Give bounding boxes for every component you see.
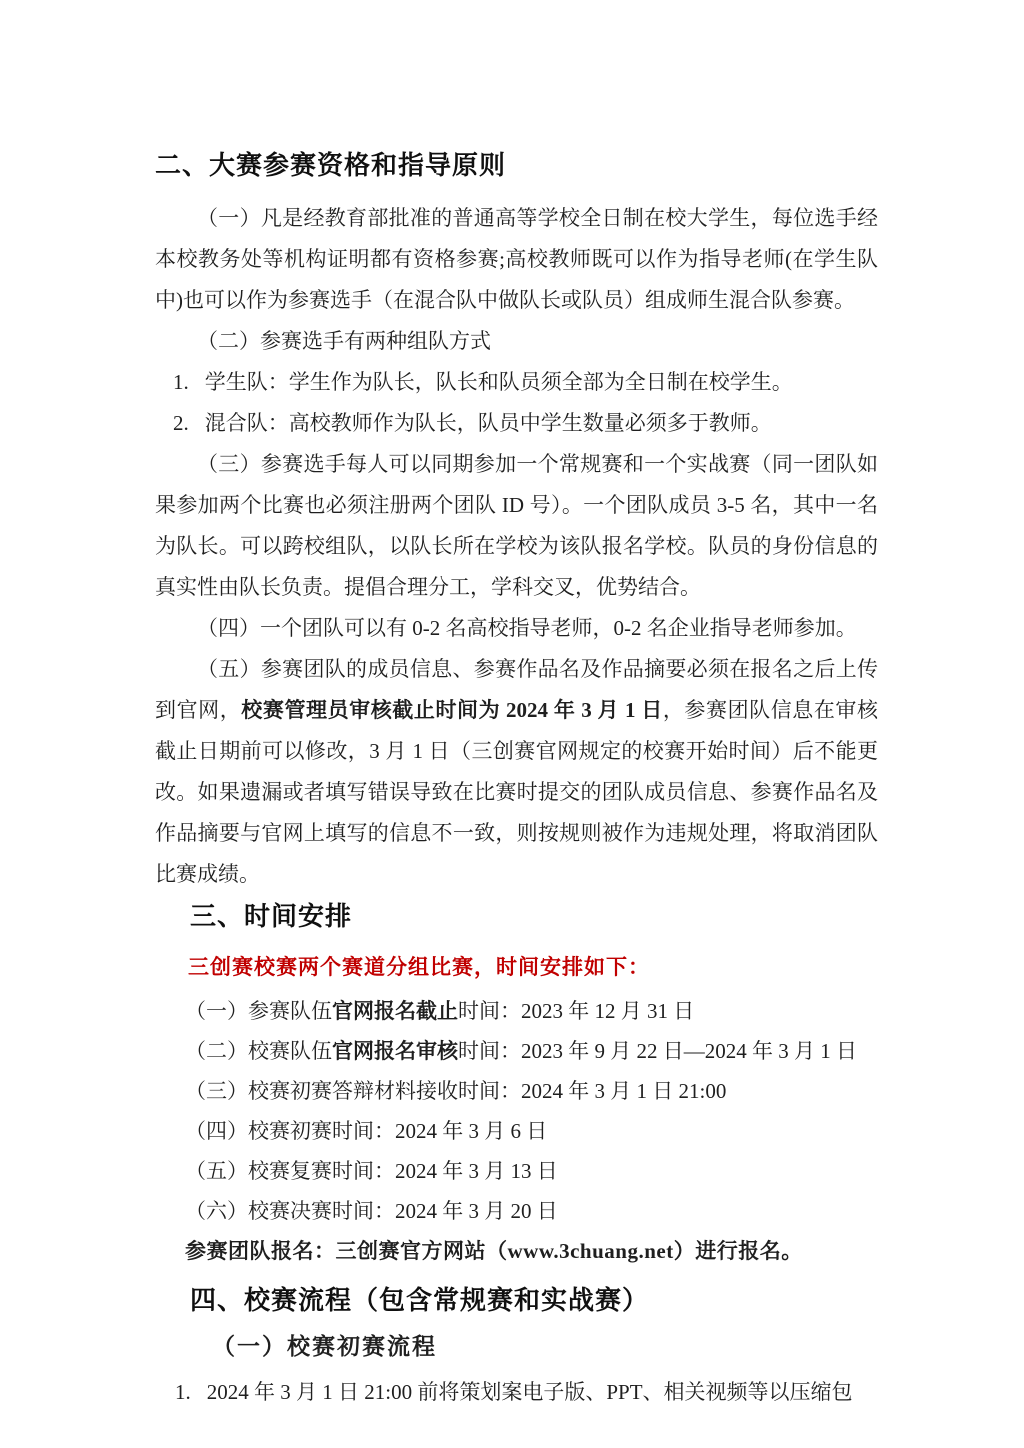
section3-heading: 三、时间安排 [190, 899, 878, 933]
schedule-item-preliminary: （四）校赛初赛时间：2024 年 3 月 6 日 [185, 1111, 878, 1151]
schedule-item-semifinal: （五）校赛复赛时间：2024 年 3 月 13 日 [185, 1151, 878, 1191]
schedule-bold-text: 官网报名审核 [332, 1039, 458, 1063]
section4-sub-heading-preliminary-process: （一）校赛初赛流程 [212, 1331, 878, 1363]
list-number: 2. [173, 403, 189, 444]
para5-deadline-bold: 校赛管理员审核截止时间为 2024 年 3 月 1 日 [241, 698, 663, 722]
document-content: 二、大赛参赛资格和指导原则 （一）凡是经教育部批准的普通高等学校全日制在校大学生… [155, 148, 878, 1413]
schedule-item-final: （六）校赛决赛时间：2024 年 3 月 20 日 [185, 1191, 878, 1231]
list-text: 学生队：学生作为队长，队长和队员须全部为全日制在校学生。 [205, 370, 793, 394]
schedule-bold-text: 官网报名截止 [332, 999, 458, 1023]
schedule-text: （六）校赛决赛时间：2024 年 3 月 20 日 [185, 1199, 558, 1223]
registration-website-note: 参赛团队报名：三创赛官方网站（www.3chuang.net）进行报名。 [185, 1231, 878, 1271]
section4-heading: 四、校赛流程（包含常规赛和实战赛） [190, 1283, 878, 1317]
schedule-text: 时间：2023 年 12 月 31 日 [458, 999, 694, 1023]
schedule-item-material-deadline: （三）校赛初赛答辩材料接收时间：2024 年 3 月 1 日 21:00 [185, 1071, 878, 1111]
para5-text-post: ，参赛团队信息在审核截止日期前可以修改，3 月 1 日（三创赛官网规定的校赛开始… [155, 698, 878, 886]
document-page: 二、大赛参赛资格和指导原则 （一）凡是经教育部批准的普通高等学校全日制在校大学生… [0, 0, 1024, 1448]
list-number: 1. [173, 362, 189, 403]
team-type-list-item-mixed: 2.混合队：高校教师作为队长，队员中学生数量必须多于教师。 [173, 403, 878, 444]
list-text: 混合队：高校教师作为队长，队员中学生数量必须多于教师。 [205, 411, 772, 435]
schedule-text: （五）校赛复赛时间：2024 年 3 月 13 日 [185, 1159, 558, 1183]
section2-para-eligibility: （一）凡是经教育部批准的普通高等学校全日制在校大学生，每位选手经本校教务处等机构… [155, 198, 878, 321]
section2-heading: 二、大赛参赛资格和指导原则 [155, 148, 878, 182]
schedule-text: （一）参赛队伍 [185, 999, 332, 1023]
schedule-text: 时间：2023 年 9 月 22 日—2024 年 3 月 1 日 [458, 1039, 857, 1063]
preliminary-process-step-1: 1.2024 年 3 月 1 日 21:00 前将策划案电子版、PPT、相关视频… [175, 1372, 878, 1413]
section3-intro-red-note: 三创赛校赛两个赛道分组比赛，时间安排如下： [188, 947, 878, 987]
list-number: 1. [175, 1372, 191, 1413]
schedule-item-signup-deadline: （一）参赛队伍官网报名截止时间：2023 年 12 月 31 日 [185, 991, 878, 1031]
section2-para-upload-deadline: （五）参赛团队的成员信息、参赛作品名及作品摘要必须在报名之后上传到官网，校赛管理… [155, 649, 878, 895]
team-type-list-item-student: 1.学生队：学生作为队长，队长和队员须全部为全日制在校学生。 [173, 362, 878, 403]
list-text: 2024 年 3 月 1 日 21:00 前将策划案电子版、PPT、相关视频等以… [207, 1380, 853, 1404]
section2-para-team-types: （二）参赛选手有两种组队方式 [155, 321, 878, 362]
section2-para-team-rules: （三）参赛选手每人可以同期参加一个常规赛和一个实战赛（同一团队如果参加两个比赛也… [155, 444, 878, 608]
schedule-text: （三）校赛初赛答辩材料接收时间：2024 年 3 月 1 日 21:00 [185, 1079, 726, 1103]
section2-para-advisors: （四）一个团队可以有 0-2 名高校指导老师，0-2 名企业指导老师参加。 [155, 608, 878, 649]
schedule-item-review-period: （二）校赛队伍官网报名审核时间：2023 年 9 月 22 日—2024 年 3… [185, 1031, 878, 1071]
schedule-text: （四）校赛初赛时间：2024 年 3 月 6 日 [185, 1119, 547, 1143]
schedule-text: （二）校赛队伍 [185, 1039, 332, 1063]
